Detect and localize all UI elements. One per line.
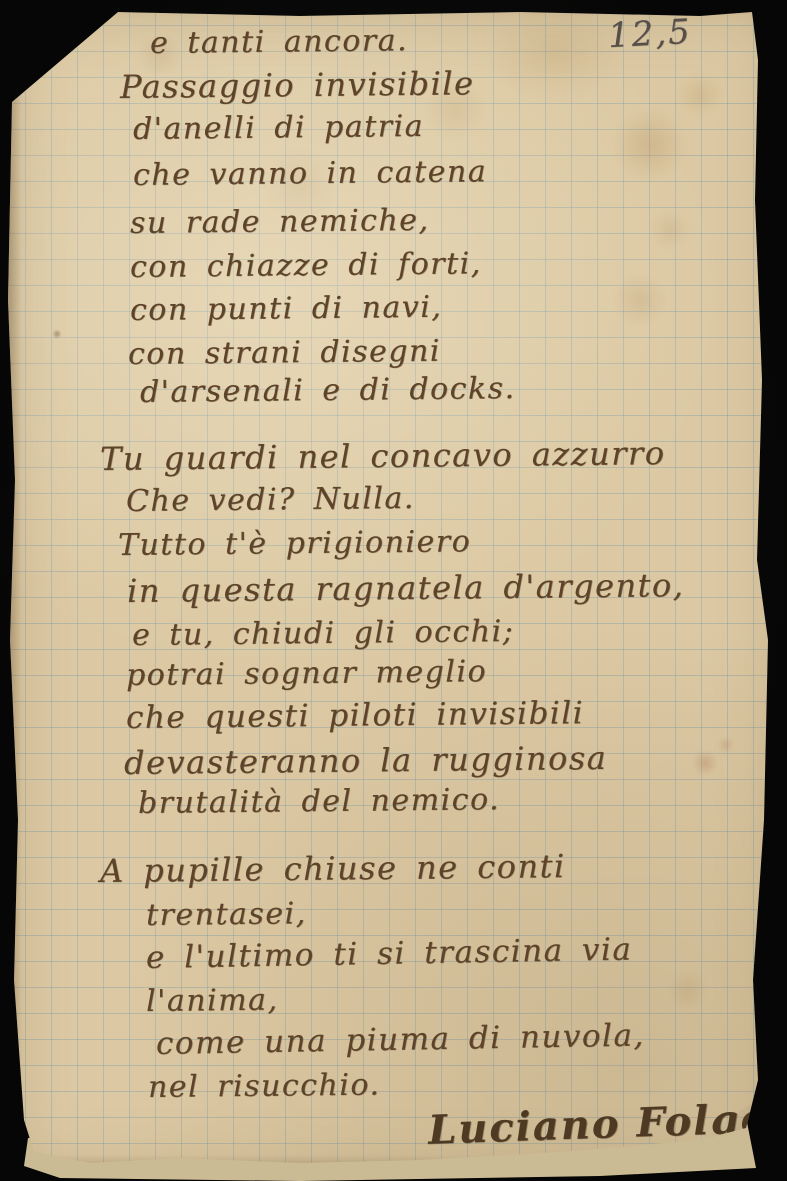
poem-line: come una piuma di nuvola, xyxy=(156,1017,645,1062)
poem-line: trentasei, xyxy=(146,896,307,933)
manuscript-page: 12,5 e tanti ancora. Passaggio invisibil… xyxy=(0,0,787,1181)
poem-line: su rade nemiche, xyxy=(130,203,430,241)
poem-line: brutalità del nemico. xyxy=(138,782,500,821)
poem-line: con punti di navi, xyxy=(130,290,443,328)
poem-line: A pupille chiuse ne conti xyxy=(100,847,566,890)
poem-line: che vanno in catena xyxy=(133,154,488,193)
poem-line: Passaggio invisibile xyxy=(120,64,475,106)
poem-line: e tu, chiudi gli occhi; xyxy=(132,614,515,653)
poem-line: Che vedi? Nulla. xyxy=(126,481,415,519)
poem-line: e l'ultimo ti si trascina via xyxy=(146,932,633,976)
poem-line: d'arsenali e di docks. xyxy=(140,371,516,410)
poem-line: potrai sognar meglio xyxy=(126,654,487,693)
poem-line: nel risucchio. xyxy=(148,1068,381,1105)
poem-line: devasteranno la rugginosa xyxy=(124,739,608,782)
poem-line: d'anelli di patria xyxy=(133,109,424,147)
poem-line: che questi piloti invisibili xyxy=(126,695,584,736)
poem-line: con chiazze di forti, xyxy=(130,246,482,285)
poem-line: in questa ragnatela d'argento, xyxy=(127,566,685,610)
poem-line: l'anima, xyxy=(146,983,279,1019)
poem-line: Tu guardi nel concavo azzurro xyxy=(100,434,666,478)
poem-line: Tutto t'è prigioniero xyxy=(118,524,472,563)
poem-line: con strani disegni xyxy=(128,334,441,372)
scan-background: 12,5 e tanti ancora. Passaggio invisibil… xyxy=(0,0,787,1181)
poem-line: e tanti ancora. xyxy=(150,23,408,61)
page-number: 12,5 xyxy=(607,12,693,56)
